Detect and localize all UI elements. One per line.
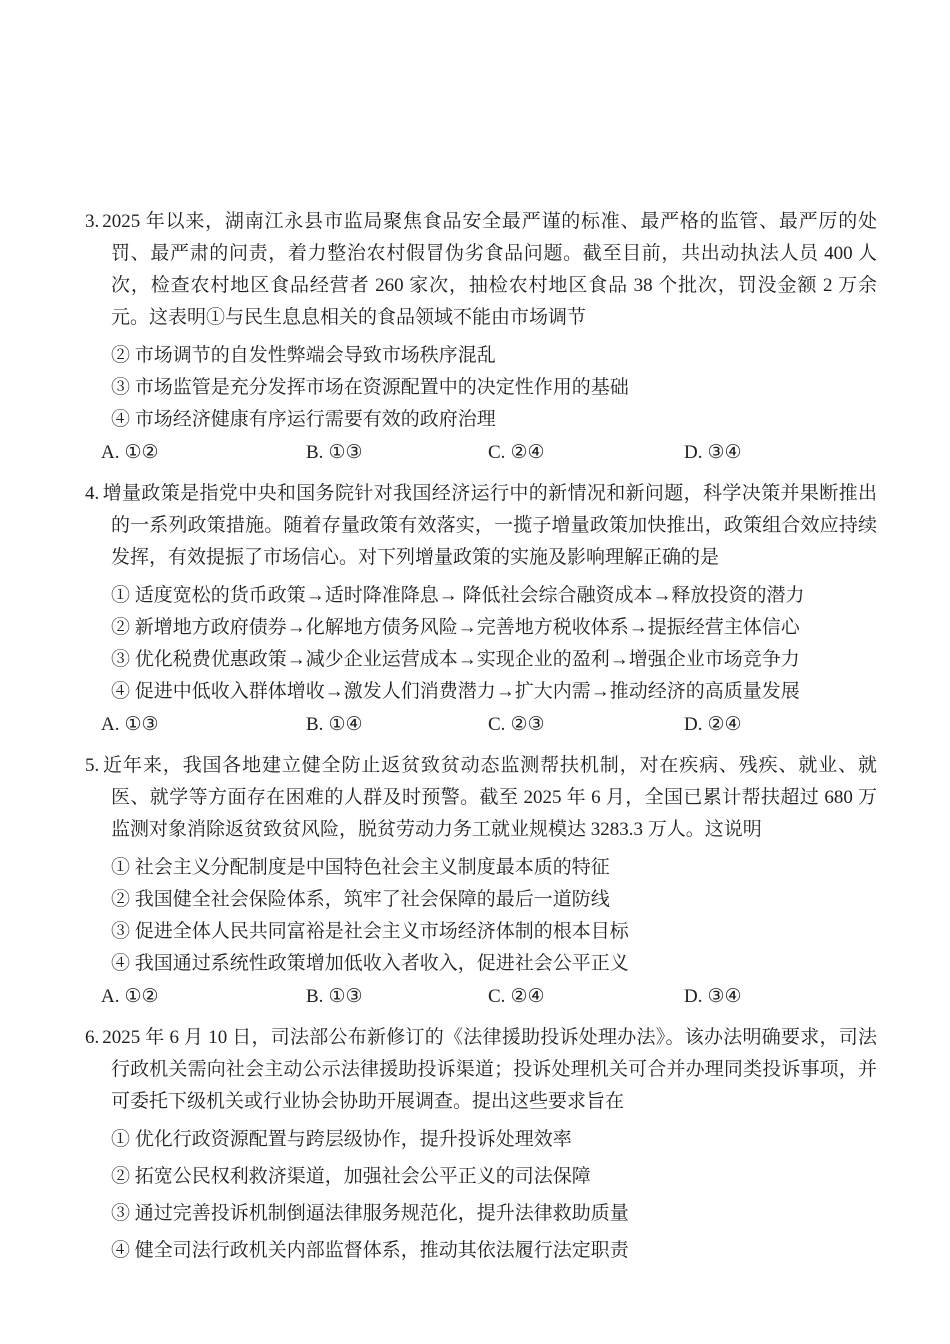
statement-list: ① 优化行政资源配置与跨层级协作，提升投诉处理效率 ② 拓宽公民权利救济渠道，加… (85, 1124, 877, 1267)
option-b: B.①③ (306, 437, 488, 469)
statement-item: ④ 市场经济健康有序运行需要有效的政府治理 (111, 404, 877, 436)
statement-item: ④ 健全司法行政机关内部监督体系，推动其依法履行法定职责 (111, 1235, 877, 1267)
option-value: ①④ (328, 714, 362, 735)
option-value: ①② (124, 442, 158, 463)
option-a: A.①③ (101, 709, 306, 741)
question-stem-text: 2025 年以来，湖南江永县市监局聚焦食品安全最严谨的标准、最严格的监管、最严厉… (102, 211, 877, 328)
option-c: C.②④ (488, 981, 684, 1013)
option-label: D. (684, 442, 702, 463)
option-label: B. (306, 442, 323, 463)
statement-item: ② 市场调节的自发性弊端会导致市场秩序混乱 (111, 340, 877, 372)
option-value: ③④ (707, 986, 741, 1007)
statement-item: ④ 我国通过系统性政策增加低收入者收入，促进社会公平正义 (111, 948, 877, 980)
statement-item: ① 优化行政资源配置与跨层级协作，提升投诉处理效率 (111, 1124, 877, 1156)
option-value: ③④ (707, 442, 741, 463)
question-stem-text: 2025 年 6 月 10 日，司法部公布新修订的《法律援助投诉处理办法》。该办… (102, 1027, 877, 1112)
statement-item: ③ 优化税费优惠政策→减少企业运营成本→实现企业的盈利→增强企业市场竞争力 (111, 644, 877, 676)
statement-item: ① 适度宽松的货币政策→适时降准降息→ 降低社会综合融资成本→释放投资的潜力 (111, 580, 877, 612)
statement-list: ② 市场调节的自发性弊端会导致市场秩序混乱 ③ 市场监管是充分发挥市场在资源配置… (85, 340, 877, 436)
question-number: 4. (85, 483, 99, 504)
question-4: 4.增量政策是指党中央和国务院针对我国经济运行中的新情况和新问题，科学决策并果断… (85, 478, 877, 741)
option-value: ②④ (510, 986, 544, 1007)
exam-questions-area: 3.2025 年以来，湖南江永县市监局聚焦食品安全最严谨的标准、最严格的监管、最… (85, 206, 877, 1267)
option-value: ①③ (124, 714, 158, 735)
question-4-stem: 4.增量政策是指党中央和国务院针对我国经济运行中的新情况和新问题，科学决策并果断… (85, 478, 877, 574)
statement-item: ③ 市场监管是充分发挥市场在资源配置中的决定性作用的基础 (111, 372, 877, 404)
statement-item: ① 社会主义分配制度是中国特色社会主义制度最本质的特征 (111, 852, 877, 884)
question-stem-text: 增量政策是指党中央和国务院针对我国经济运行中的新情况和新问题，科学决策并果断推出… (102, 483, 877, 568)
option-value: ①③ (328, 442, 362, 463)
statement-item: ② 我国健全社会保险体系，筑牢了社会保障的最后一道防线 (111, 884, 877, 916)
option-a: A.①② (101, 981, 306, 1013)
answer-options-row: A.①② B.①③ C.②④ D.③④ (85, 981, 877, 1013)
statement-item: ③ 促进全体人民共同富裕是社会主义市场经济体制的根本目标 (111, 916, 877, 948)
question-number: 3. (85, 211, 99, 232)
question-5: 5.近年来，我国各地建立健全防止返贫致贫动态监测帮扶机制，对在疾病、残疾、就业、… (85, 750, 877, 1013)
option-label: C. (488, 714, 505, 735)
option-c: C.②③ (488, 709, 684, 741)
option-label: A. (101, 442, 119, 463)
answer-options-row: A.①② B.①③ C.②④ D.③④ (85, 437, 877, 469)
statement-list: ① 适度宽松的货币政策→适时降准降息→ 降低社会综合融资成本→释放投资的潜力 ②… (85, 580, 877, 708)
option-value: ①③ (328, 986, 362, 1007)
question-3: 3.2025 年以来，湖南江永县市监局聚焦食品安全最严谨的标准、最严格的监管、最… (85, 206, 877, 469)
exam-paper-page: 3.2025 年以来，湖南江永县市监局聚焦食品安全最严谨的标准、最严格的监管、最… (0, 0, 950, 1344)
option-b: B.①④ (306, 709, 488, 741)
option-label: C. (488, 442, 505, 463)
statement-list: ① 社会主义分配制度是中国特色社会主义制度最本质的特征 ② 我国健全社会保险体系… (85, 852, 877, 980)
option-value: ①② (124, 986, 158, 1007)
statement-item: ② 拓宽公民权利救济渠道，加强社会公平正义的司法保障 (111, 1161, 877, 1193)
question-6: 6.2025 年 6 月 10 日，司法部公布新修订的《法律援助投诉处理办法》。… (85, 1022, 877, 1267)
option-value: ②④ (707, 714, 741, 735)
option-a: A.①② (101, 437, 306, 469)
option-label: B. (306, 714, 323, 735)
statement-item: ④ 促进中低收入群体增收→激发人们消费潜力→扩大内需→推动经济的高质量发展 (111, 676, 877, 708)
option-label: D. (684, 986, 702, 1007)
option-c: C.②④ (488, 437, 684, 469)
option-d: D.③④ (684, 981, 877, 1013)
question-5-stem: 5.近年来，我国各地建立健全防止返贫致贫动态监测帮扶机制，对在疾病、残疾、就业、… (85, 750, 877, 846)
question-number: 6. (85, 1027, 99, 1048)
answer-options-row: A.①③ B.①④ C.②③ D.②④ (85, 709, 877, 741)
question-stem-text: 近年来，我国各地建立健全防止返贫致贫动态监测帮扶机制，对在疾病、残疾、就业、就医… (102, 755, 877, 840)
option-d: D.②④ (684, 709, 877, 741)
statement-item: ② 新增地方政府债券→化解地方债务风险→完善地方税收体系→提振经营主体信心 (111, 612, 877, 644)
question-6-stem: 6.2025 年 6 月 10 日，司法部公布新修订的《法律援助投诉处理办法》。… (85, 1022, 877, 1118)
option-d: D.③④ (684, 437, 877, 469)
option-value: ②④ (510, 442, 544, 463)
option-label: A. (101, 986, 119, 1007)
question-3-stem: 3.2025 年以来，湖南江永县市监局聚焦食品安全最严谨的标准、最严格的监管、最… (85, 206, 877, 334)
option-value: ②③ (510, 714, 544, 735)
question-number: 5. (85, 755, 99, 776)
option-label: A. (101, 714, 119, 735)
option-label: C. (488, 986, 505, 1007)
option-label: B. (306, 986, 323, 1007)
option-b: B.①③ (306, 981, 488, 1013)
statement-item: ③ 通过完善投诉机制倒逼法律服务规范化，提升法律救助质量 (111, 1198, 877, 1230)
option-label: D. (684, 714, 702, 735)
